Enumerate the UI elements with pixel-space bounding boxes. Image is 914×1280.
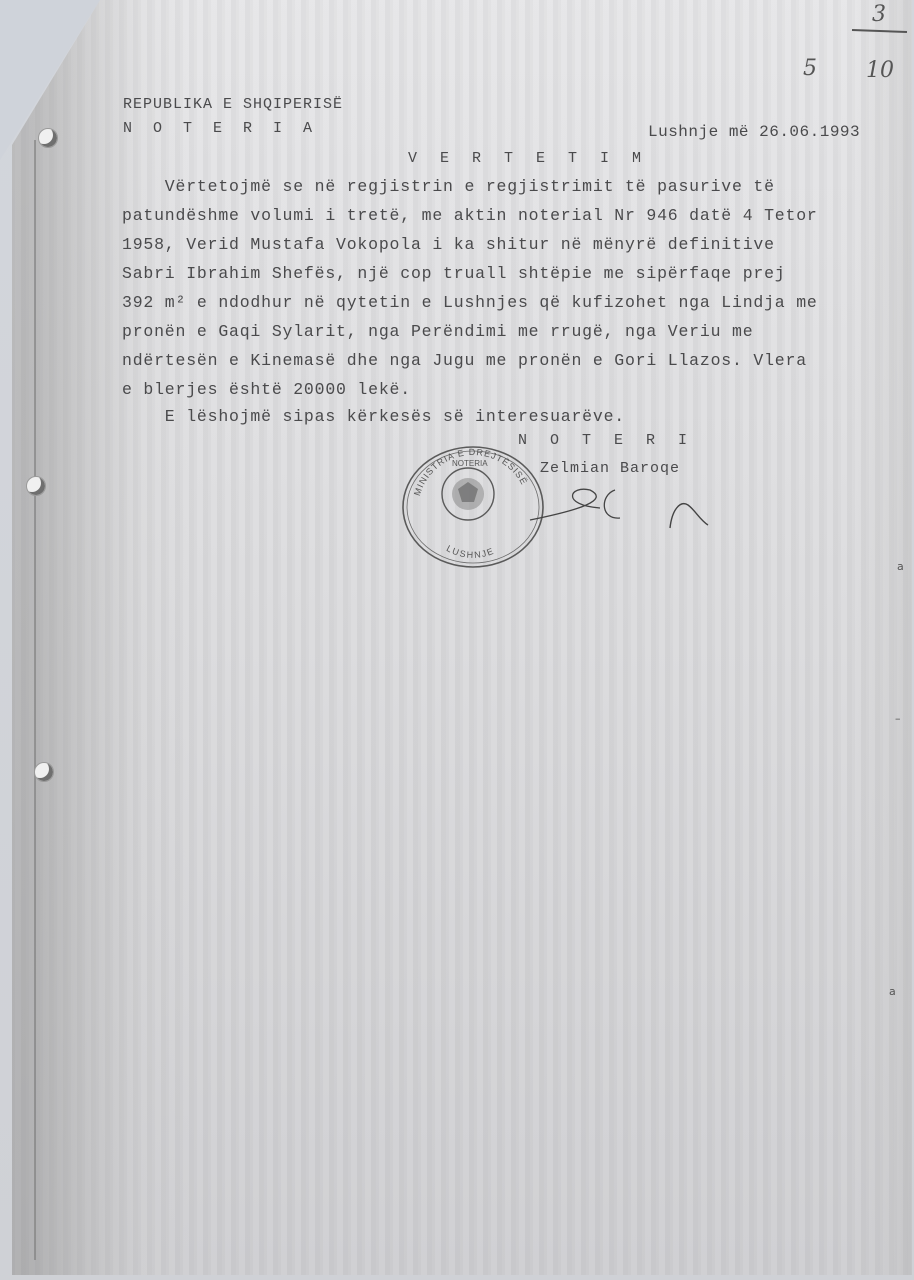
place-date: Lushnje më 26.06.1993 [648, 123, 860, 141]
closing-line: E lëshojmë sipas kërkesës së interesuarë… [122, 407, 625, 426]
document-title: V E R T E T I M [408, 150, 648, 167]
office-header: N O T E R I A [123, 120, 318, 137]
handwritten-mark-left: 5 [803, 56, 817, 81]
edge-mark: – [895, 712, 901, 725]
body-line: Vërtetojmë se në regjistrin e regjistrim… [122, 177, 775, 196]
stamp-inner-text: NOTERIA [452, 459, 488, 468]
handwritten-mark-right: 10 [866, 58, 894, 83]
body-line: e blerjes është 20000 lekë. [122, 380, 411, 399]
stamp-bottom-text: LUSHNJE [445, 543, 496, 560]
body-line: 1958, Verid Mustafa Vokopola i ka shitur… [122, 235, 775, 254]
punch-hole [26, 476, 46, 496]
handwritten-page-number: 3 [872, 2, 886, 27]
body-line: Sabri Ibrahim Shefës, një cop truall sht… [122, 264, 786, 283]
binder-crease [34, 140, 36, 1260]
edge-mark: a [889, 985, 896, 998]
svg-text:LUSHNJE: LUSHNJE [445, 543, 496, 560]
body-line: patundëshme volumi i tretë, me aktin not… [122, 206, 818, 225]
edge-mark: a [897, 560, 904, 573]
body-line: ndërtesën e Kinemasë dhe nga Jugu me pro… [122, 351, 807, 370]
signature [520, 470, 720, 540]
republic-header: REPUBLIKA E SHQIPERISË [123, 96, 343, 113]
body-line: pronën e Gaqi Sylarit, nga Perëndimi me … [122, 322, 753, 341]
folded-corner [0, 0, 100, 160]
state-emblem-icon [452, 478, 484, 510]
body-line: 392 m² e ndodhur në qytetin e Lushnjes q… [122, 293, 818, 312]
punch-hole [34, 762, 54, 782]
